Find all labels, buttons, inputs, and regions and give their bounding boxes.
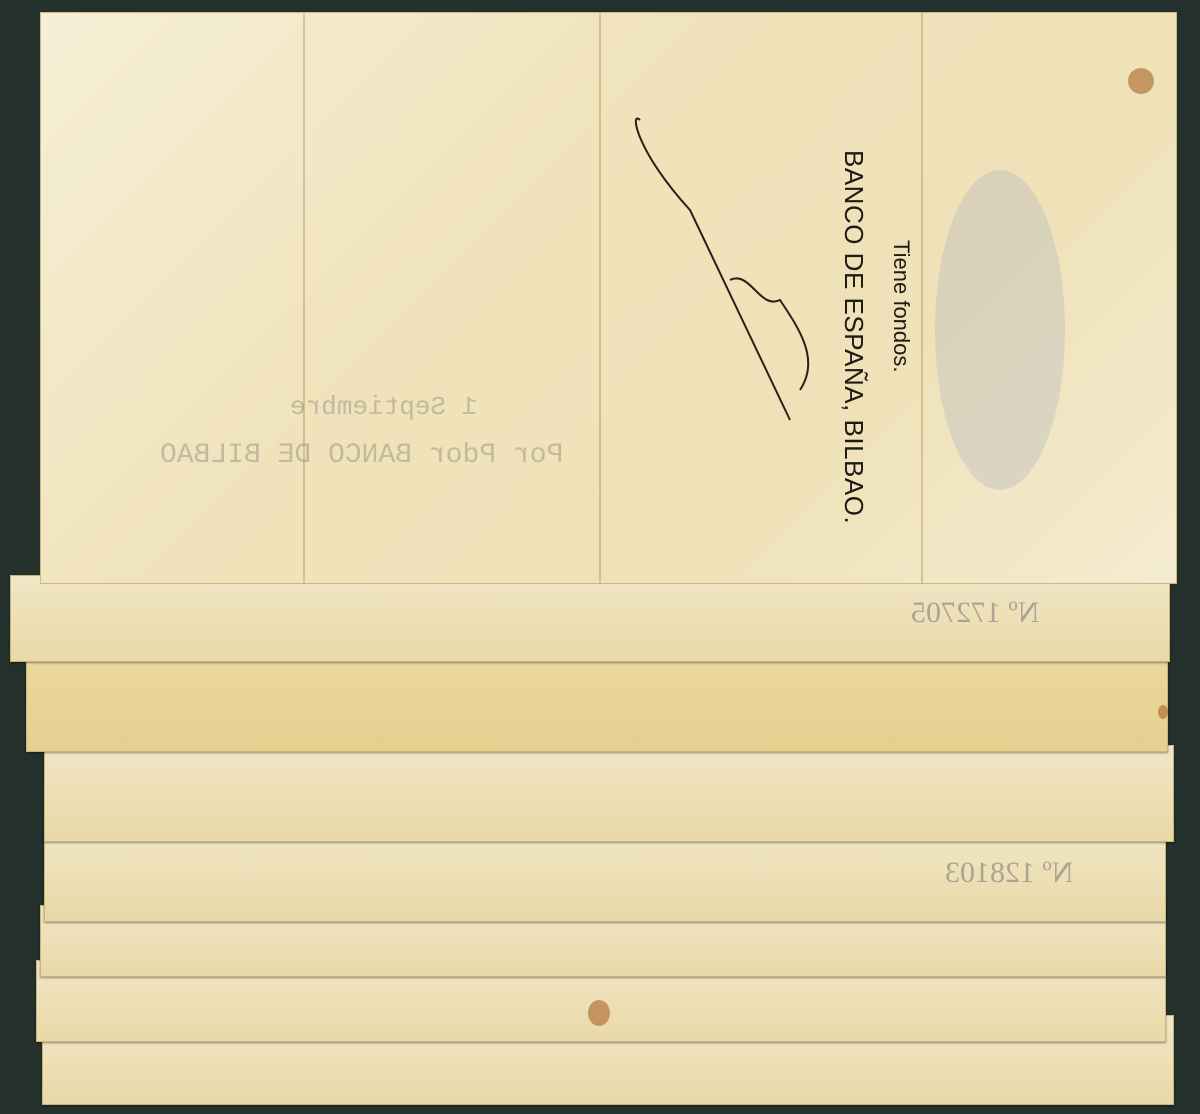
stain (1158, 705, 1168, 719)
watermark-portrait (935, 170, 1065, 490)
bleed-text-date: 1 Septiembre (290, 392, 477, 422)
serial-number: Nº 172705 (911, 596, 1039, 630)
stamp-text-funds: Tiene fondos. (888, 240, 914, 373)
signature (630, 110, 830, 440)
note-layer-5: Nº 128103 (44, 830, 1166, 922)
fold-line (921, 13, 923, 583)
stain (588, 1000, 610, 1026)
background: Nº 128103 Nº 172705 1 Septiembre Por Pdo… (0, 0, 1200, 1114)
note-layer-4 (44, 745, 1174, 842)
bleed-text-payee: Por Pdor BANCO DE BILBAO (160, 440, 563, 471)
stamp-text-bank: BANCO DE ESPAÑA, BILBAO. (838, 150, 869, 524)
fold-line (599, 13, 601, 583)
note-layer-2: Nº 172705 (10, 575, 1170, 662)
fold-line (303, 13, 305, 583)
stain (1128, 68, 1154, 94)
serial-number: Nº 128103 (945, 856, 1073, 890)
